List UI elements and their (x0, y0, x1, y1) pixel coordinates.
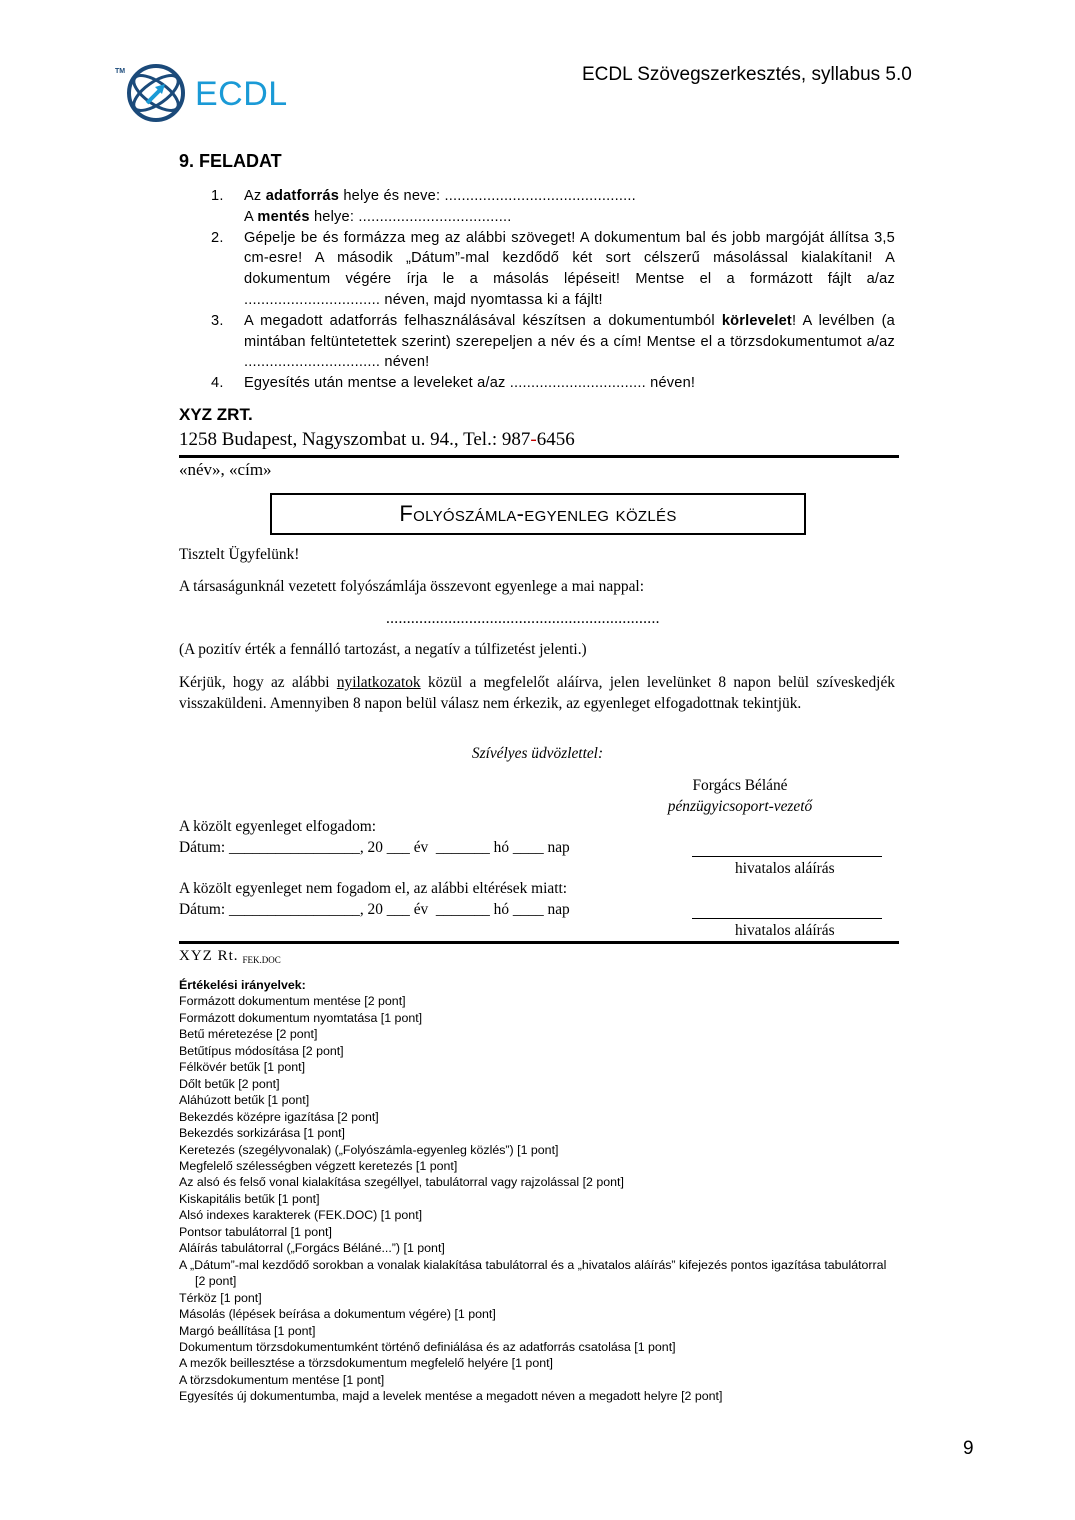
text-span: Kérjük, hogy az alábbi (179, 674, 337, 691)
letter-title: Folyószámla-egyenleg közlés (399, 501, 676, 527)
text-span: A (244, 209, 257, 225)
footer-company: XYZ Rt.FEK.DOC (179, 948, 281, 965)
evaluation-item: Félkövér betűk [1 pont] (179, 1059, 899, 1075)
bold-term: mentés (257, 209, 309, 225)
task-item: 4. Egyesítés után mentse a leveleket a/a… (211, 373, 895, 394)
evaluation-item: Egyesítés új dokumentumba, majd a levele… (179, 1388, 899, 1404)
page-number: 9 (963, 1438, 974, 1460)
task-number: 3. (211, 311, 244, 373)
evaluation-item: Bekezdés sorkizárása [1 pont] (179, 1125, 899, 1141)
globe-arrow-icon (125, 63, 187, 123)
task-text: Egyesítés után mentse a leveleket a/az .… (244, 373, 895, 394)
text-span: 6456 (537, 429, 575, 450)
task-text: Gépelje be és formázza meg az alábbi szö… (244, 228, 895, 311)
bold-term: adatforrás (266, 188, 339, 204)
underlined-term: nyilatkozatok (337, 674, 421, 691)
declaration-accept: A közölt egyenleget elfogadom: (179, 818, 376, 836)
greeting: Tisztelt Ügyfelünk! (179, 546, 299, 564)
text-span: helye: .................................… (310, 209, 512, 225)
request-paragraph: Kérjük, hogy az alábbi nyilatkozatok köz… (179, 672, 895, 714)
footer-rule (179, 941, 899, 944)
task-item: 2. Gépelje be és formázza meg az alábbi … (211, 228, 895, 311)
company-name: XYZ ZRT. (179, 405, 253, 425)
signature-line (692, 855, 882, 857)
task-number: 1. (211, 186, 244, 228)
task-list: 1. Az adatforrás helye és neve: ........… (211, 186, 895, 394)
text-span: 1258 Budapest, Nagyszombat u. 94., Tel.:… (179, 429, 530, 450)
text-span: XYZ Rt. (179, 948, 239, 964)
text-span: Az (244, 188, 266, 204)
ecdl-logo: TM ECDL (113, 63, 293, 123)
task-number: 2. (211, 228, 244, 311)
task-text: Az adatforrás helye és neve: ...........… (244, 186, 895, 228)
evaluation-item: A „Dátum”-mal kezdődő sorokban a vonalak… (179, 1257, 899, 1290)
bold-term: körlevelet (722, 313, 792, 329)
evaluation-item: Alsó indexes karakterek (FEK.DOC) [1 pon… (179, 1207, 899, 1223)
letter-title-box: Folyószámla-egyenleg közlés (270, 493, 806, 535)
task-number: 4. (211, 373, 244, 394)
evaluation-item: Aláírás tabulátorral („Forgács Béláné...… (179, 1240, 899, 1256)
declaration-reject: A közölt egyenleget nem fogadom el, az a… (179, 880, 567, 898)
balance-dot-leader: ........................................… (386, 610, 660, 628)
closing: Szívélyes üdvözlettel: (0, 745, 1075, 763)
header-title: ECDL Szövegszerkesztés, syllabus 5.0 (582, 64, 912, 86)
evaluation-item: Dokumentum törzsdokumentumként történő d… (179, 1339, 899, 1355)
signature-line (692, 917, 882, 919)
signature-label: hivatalos aláírás (735, 922, 835, 940)
evaluation-item: Kiskapitális betűk [1 pont] (179, 1191, 899, 1207)
signature-label: hivatalos aláírás (735, 860, 835, 878)
evaluation-item: Keretezés (szegélyvonalak) („Folyószámla… (179, 1142, 899, 1158)
task-item: 1. Az adatforrás helye és neve: ........… (211, 186, 895, 228)
evaluation-list: Értékelési irányelvek: Formázott dokumen… (179, 977, 899, 1405)
header-rule (179, 455, 899, 458)
logo-text: ECDL (195, 75, 288, 114)
evaluation-item: Margó beállítása [1 pont] (179, 1323, 899, 1339)
trademark-mark: TM (115, 68, 125, 75)
task-title: 9. FELADAT (179, 151, 282, 172)
text-span: helye és neve: .........................… (339, 188, 636, 204)
evaluation-title: Értékelési irányelvek: (179, 977, 899, 993)
balance-paragraph: A társaságunknál vezetett folyószámlája … (179, 578, 644, 596)
date-line-reject: Dátum: _________________, 20 ___ év ____… (179, 901, 570, 919)
evaluation-item: Aláhúzott betűk [1 pont] (179, 1092, 899, 1108)
evaluation-item: A törzsdokumentum mentése [1 pont] (179, 1372, 899, 1388)
evaluation-item: Formázott dokumentum nyomtatása [1 pont] (179, 1010, 899, 1026)
sign-note-paragraph: (A pozitív érték a fennálló tartozást, a… (179, 641, 587, 659)
signer-name: Forgács Béláné (560, 777, 920, 795)
evaluation-item: Másolás (lépések beírása a dokumentum vé… (179, 1306, 899, 1322)
merge-fields: «név», «cím» (179, 460, 272, 480)
evaluation-item: Formázott dokumentum mentése [2 pont] (179, 993, 899, 1009)
date-line-accept: Dátum: _________________, 20 ___ év ____… (179, 839, 570, 857)
evaluation-item: Pontsor tabulátorral [1 pont] (179, 1224, 899, 1240)
subscript-filename: FEK.DOC (243, 955, 281, 965)
evaluation-item: A mezők beillesztése a törzsdokumentum m… (179, 1355, 899, 1371)
evaluation-item: Bekezdés középre igazítása [2 pont] (179, 1109, 899, 1125)
text-span: A megadott adatforrás felhasználásával k… (244, 313, 722, 329)
company-address: 1258 Budapest, Nagyszombat u. 94., Tel.:… (179, 429, 575, 451)
signer-role: pénzügyicsoport-vezető (560, 798, 920, 816)
task-item: 3. A megadott adatforrás felhasználásáva… (211, 311, 895, 373)
evaluation-item: Dőlt betűk [2 pont] (179, 1076, 899, 1092)
task-text: A megadott adatforrás felhasználásával k… (244, 311, 895, 373)
evaluation-item: Az alsó és felső vonal kialakítása szegé… (179, 1174, 899, 1190)
evaluation-item: Betűtípus módosítása [2 pont] (179, 1043, 899, 1059)
evaluation-item: Megfelelő szélességben végzett keretezés… (179, 1158, 899, 1174)
evaluation-item: Térköz [1 pont] (179, 1290, 899, 1306)
evaluation-item: Betű méretezése [2 pont] (179, 1026, 899, 1042)
